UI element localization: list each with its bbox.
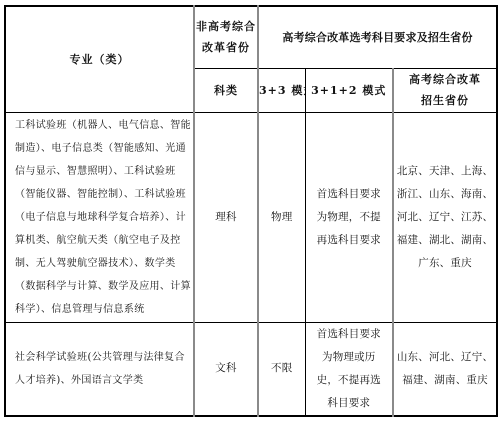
header-reform-provinces: 高考综合改革 招生省份: [393, 68, 497, 112]
major-cell: 社会科学试验班(公共管理与法律复合 人才培养)、外国语言文学类: [5, 322, 194, 416]
header-subject-category: 科类: [194, 68, 258, 112]
mode-3-3-cell: 物理: [258, 112, 305, 322]
header-mode-3-3: 3+3 模式: [258, 68, 305, 112]
header-mode-3-1-2: 3+1+2 模式: [305, 68, 393, 112]
provinces-cell: 北京、天津、上海、 浙江、山东、海南、 河北、辽宁、江苏、 福建、湖北、湖南、 …: [393, 112, 497, 322]
mode-3-1-2-cell: 首选科目要求 为物理，不提 再选科目要求: [305, 112, 393, 322]
subject-category-cell: 文科: [194, 322, 258, 416]
subject-category-cell: 理科: [194, 112, 258, 322]
header-major: 专业（类）: [5, 6, 194, 112]
mode-3-3-cell: 不限: [258, 322, 305, 416]
provinces-cell: 山东、河北、辽宁、 福建、湖南、重庆: [393, 322, 497, 416]
admissions-requirements-table: 专业（类） 非高考综合 改革省份 高考综合改革选考科目要求及招生省份 科类 3+…: [4, 5, 498, 417]
admissions-table-container: 专业（类） 非高考综合 改革省份 高考综合改革选考科目要求及招生省份 科类 3+…: [4, 5, 498, 417]
header-non-reform-provinces: 非高考综合 改革省份: [194, 6, 258, 68]
table-row-science: 工科试验班（机器人、电气信息、智能 制造）、电子信息类（智能感知、光通 信与显示…: [5, 112, 497, 322]
major-cell: 工科试验班（机器人、电气信息、智能 制造）、电子信息类（智能感知、光通 信与显示…: [5, 112, 194, 322]
mode-3-1-2-cell: 首选科目要求 为物理或历 史，不提再选 科目要求: [305, 322, 393, 416]
header-reform-group: 高考综合改革选考科目要求及招生省份: [258, 6, 497, 68]
table-row-liberal-arts: 社会科学试验班(公共管理与法律复合 人才培养)、外国语言文学类 文科 不限 首选…: [5, 322, 497, 416]
